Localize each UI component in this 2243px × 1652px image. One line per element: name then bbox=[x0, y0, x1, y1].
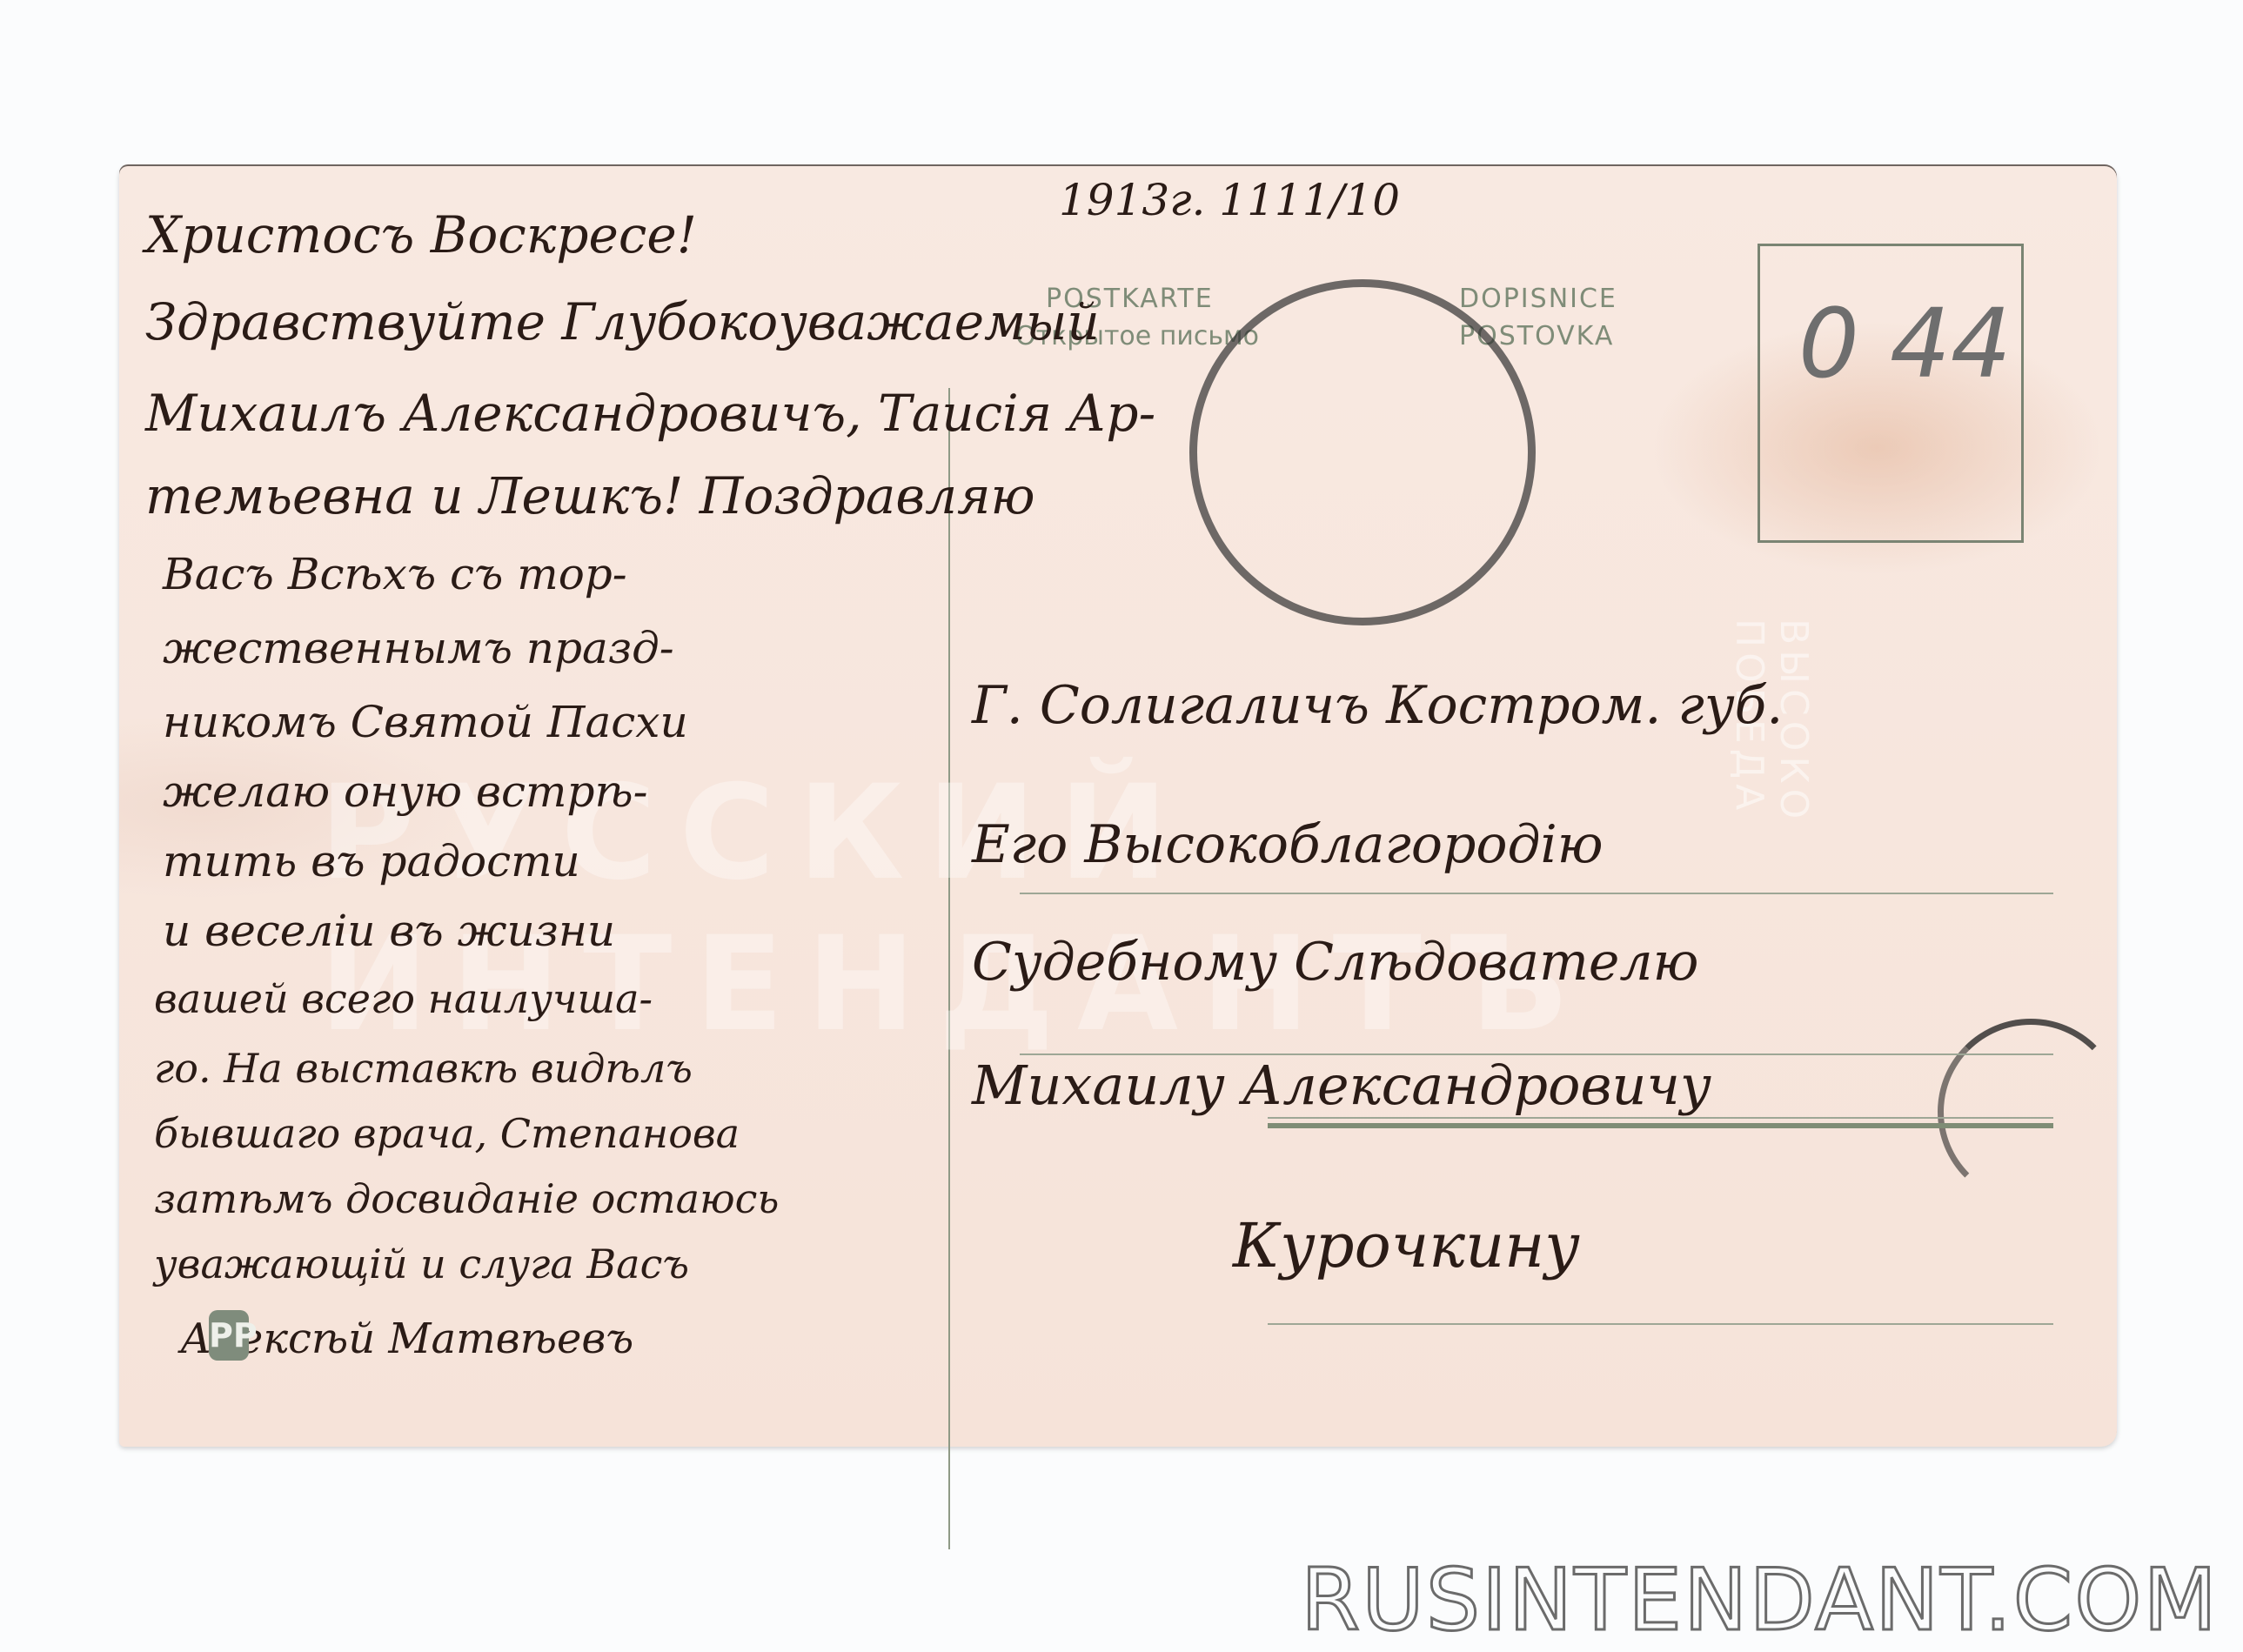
message-line: Михаилъ Александровичъ, Таисія Ар- bbox=[145, 384, 1155, 443]
postmark-main bbox=[1189, 279, 1536, 625]
message-line: вашей всего наилучша- bbox=[154, 975, 653, 1022]
address-line: Судебному Слѣдователю bbox=[972, 932, 1698, 993]
address-line: Г. Солигаличъ Костром. губ. bbox=[972, 675, 1783, 736]
vertical-edge-print: ВЫСОКО ПОБЕДА bbox=[1727, 619, 1816, 920]
site-watermark: RUSINTENDANT.COM bbox=[1301, 1551, 2219, 1650]
message-line: уважающій и слуга Васъ bbox=[154, 1241, 689, 1287]
message-line: затѣмъ досвиданіе остаюсь bbox=[154, 1175, 779, 1222]
date-note: 1913г. 1111/10 bbox=[1059, 175, 1400, 225]
message-line: тить въ радости bbox=[163, 836, 580, 886]
address-rule bbox=[1020, 893, 2053, 894]
message-line: жественнымъ празд- bbox=[163, 623, 674, 673]
message-line: Васъ Всѣхъ съ тор- bbox=[163, 549, 627, 599]
address-line: Его Высокоблагородію bbox=[972, 814, 1604, 875]
message-line: никомъ Святой Пасхи bbox=[163, 697, 688, 747]
message-line: Здравствуйте Глубокоуважаемый bbox=[145, 292, 1100, 351]
stamp-pencil-note: 0 44 bbox=[1798, 288, 2012, 399]
message-line: бывшаго врача, Степанова bbox=[154, 1110, 740, 1157]
postcard-back: POSTKARTE Открытое письмо DOPISNICE POST… bbox=[119, 166, 2117, 1447]
publisher-logo: PP bbox=[209, 1310, 249, 1361]
message-line: Христосъ Воскресе! bbox=[145, 205, 697, 264]
message-line: го. На выставкѣ видѣлъ bbox=[154, 1045, 693, 1092]
header-dopisnice: DOPISNICE bbox=[1459, 284, 1617, 314]
address-rule-bold bbox=[1268, 1123, 2053, 1128]
address-line: Курочкину bbox=[1233, 1210, 1580, 1281]
message-line: и веселіи въ жизни bbox=[163, 906, 615, 956]
address-rule bbox=[1268, 1117, 2053, 1119]
address-line: Михаилу Александровичу bbox=[972, 1053, 1711, 1117]
address-rule bbox=[1268, 1323, 2053, 1325]
message-line: желаю оную встрѣ- bbox=[163, 766, 647, 817]
message-line: темьевна и Лешкъ! Поздравляю bbox=[145, 466, 1035, 525]
